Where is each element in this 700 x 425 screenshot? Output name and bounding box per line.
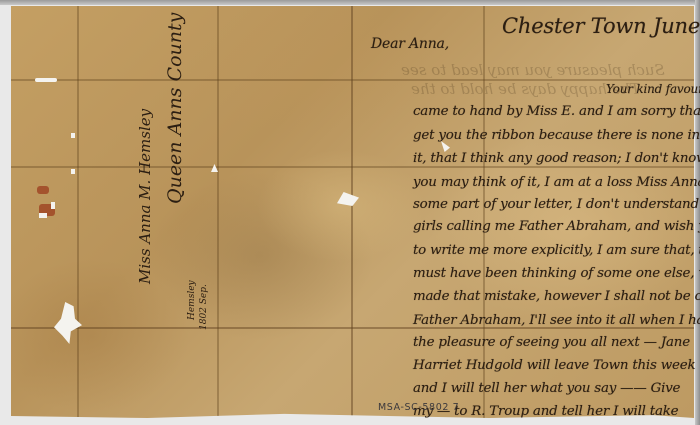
address-location: Queen Anns County [164,13,186,204]
paper-hole [39,213,47,218]
catalog-number: MSA-SC-5802 7 [378,402,459,413]
fold-line [77,6,79,418]
paper-hole [71,133,75,138]
letter-line: must have been thinking of some one else… [413,266,700,281]
fold-line [11,166,694,168]
letter-line: get you the ribbon because there is none… [413,128,700,143]
paper-hole [71,169,75,174]
letter-line: to write me more explicitly, I am sure t… [413,243,700,258]
letter-dateline: Chester Town June – 1802 [502,14,700,38]
letter-salutation: Dear Anna, [371,36,449,52]
scan-top-border [0,0,700,5]
wax-seal-remnant [37,186,49,194]
letter-line: it, that I think any good reason; I don'… [413,151,700,166]
fold-line [351,6,353,418]
fold-line [217,6,219,418]
address-recipient: Miss Anna M. Hemsley [136,109,154,284]
letter-line: Father Abraham, I'll see into it all whe… [413,313,700,328]
paper-hole [35,78,57,82]
letter-line: and I will tell her what you say —— Give [413,381,680,396]
letter-line: made that mistake, however I shall not b… [413,289,700,304]
docket-note: Hemsley [187,280,197,320]
letter-line: some part of your letter, I don't unders… [413,197,700,212]
letter-line: girls calling me Father Abraham, and wis… [413,219,700,234]
ink-bleed-through: Such pleasure you may lead to see [401,61,665,79]
docket-note: 1802 Sep. [199,284,209,330]
paper-hole [337,192,359,206]
letter-line: the pleasure of seeing you all next — Ja… [413,335,690,350]
letter-line: Your kind favour [606,82,700,96]
letter-sheet: Such pleasure you may lead to see The ha… [11,6,694,418]
paper-hole [51,202,55,209]
letter-line: you may think of it, I am at a loss Miss… [413,175,700,190]
letter-line: Harriet Hudgold will leave Town this wee… [413,358,695,373]
letter-line: came to hand by Miss E. and I am sorry t… [413,104,700,119]
scan-right-border [695,0,700,425]
